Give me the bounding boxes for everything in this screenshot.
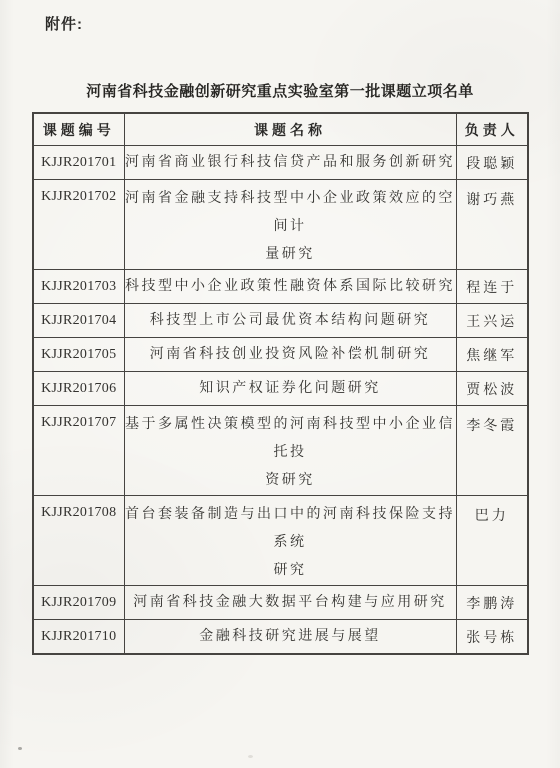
table-header-row: 课题编号 课题名称 负责人 xyxy=(33,113,528,146)
project-code-cell: KJJR201705 xyxy=(33,338,124,372)
project-title-line: 科技型中小企业政策性融资体系国际比较研究 xyxy=(125,273,456,301)
attachment-label: 附件: xyxy=(45,13,83,34)
project-list-table: 课题编号 课题名称 负责人 KJJR201701 河南省商业银行科技信贷产品和服… xyxy=(32,112,529,655)
project-title-cell: 金融科技研究进展与展望 xyxy=(124,620,456,655)
table-row: KJJR201702 河南省金融支持科技型中小企业政策效应的空间计 量研究 谢巧… xyxy=(33,180,528,270)
table-row: KJJR201704 科技型上市公司最优资本结构问题研究 王兴运 xyxy=(33,304,528,338)
project-title-cell: 科技型中小企业政策性融资体系国际比较研究 xyxy=(124,270,456,304)
document-title: 河南省科技金融创新研究重点实验室第一批课题立项名单 xyxy=(0,80,560,101)
project-leader-cell: 焦继军 xyxy=(456,338,528,372)
scanned-document-page: 附件: 河南省科技金融创新研究重点实验室第一批课题立项名单 课题编号 课题名称 … xyxy=(0,0,560,768)
project-leader-cell: 贾松波 xyxy=(456,372,528,406)
table-header: 课题编号 课题名称 负责人 xyxy=(33,113,528,146)
table-row: KJJR201707 基于多属性决策模型的河南科技型中小企业信托投 资研究 李冬… xyxy=(33,406,528,496)
project-title-cell: 河南省科技创业投资风险补偿机制研究 xyxy=(124,338,456,372)
project-title-cell: 基于多属性决策模型的河南科技型中小企业信托投 资研究 xyxy=(124,406,456,496)
project-title-line: 河南省商业银行科技信贷产品和服务创新研究 xyxy=(125,149,456,177)
table-body: KJJR201701 河南省商业银行科技信贷产品和服务创新研究 段聪颖 KJJR… xyxy=(33,146,528,655)
project-title-line: 河南省科技创业投资风险补偿机制研究 xyxy=(125,341,456,369)
scan-smudge xyxy=(248,755,253,758)
project-title-cell: 河南省商业银行科技信贷产品和服务创新研究 xyxy=(124,146,456,180)
project-code-cell: KJJR201708 xyxy=(33,496,124,586)
project-code-cell: KJJR201707 xyxy=(33,406,124,496)
project-title-line: 资研究 xyxy=(125,467,456,495)
project-leader-cell: 谢巧燕 xyxy=(456,180,528,270)
table-row: KJJR201703 科技型中小企业政策性融资体系国际比较研究 程连于 xyxy=(33,270,528,304)
project-code-cell: KJJR201703 xyxy=(33,270,124,304)
table-row: KJJR201709 河南省科技金融大数据平台构建与应用研究 李鹏涛 xyxy=(33,586,528,620)
project-leader-cell: 段聪颖 xyxy=(456,146,528,180)
project-title-line: 金融科技研究进展与展望 xyxy=(125,623,456,651)
project-title-cell: 科技型上市公司最优资本结构问题研究 xyxy=(124,304,456,338)
project-title-cell: 知识产权证券化问题研究 xyxy=(124,372,456,406)
project-title-line: 量研究 xyxy=(125,241,456,269)
project-code-cell: KJJR201704 xyxy=(33,304,124,338)
project-leader-cell: 李冬霞 xyxy=(456,406,528,496)
project-title-line: 河南省科技金融大数据平台构建与应用研究 xyxy=(125,589,456,617)
header-project-code: 课题编号 xyxy=(33,113,124,146)
table-row: KJJR201705 河南省科技创业投资风险补偿机制研究 焦继军 xyxy=(33,338,528,372)
scan-speck xyxy=(18,747,22,750)
project-title-cell: 河南省金融支持科技型中小企业政策效应的空间计 量研究 xyxy=(124,180,456,270)
table-row: KJJR201708 首台套装备制造与出口中的河南科技保险支持系统 研究 巴力 xyxy=(33,496,528,586)
header-project-name: 课题名称 xyxy=(124,113,456,146)
project-title-line: 首台套装备制造与出口中的河南科技保险支持系统 xyxy=(125,501,456,557)
project-leader-cell: 巴力 xyxy=(456,496,528,586)
project-code-cell: KJJR201701 xyxy=(33,146,124,180)
project-leader-cell: 张号栋 xyxy=(456,620,528,655)
project-title-cell: 河南省科技金融大数据平台构建与应用研究 xyxy=(124,586,456,620)
project-title-line: 基于多属性决策模型的河南科技型中小企业信托投 xyxy=(125,411,456,467)
project-title-line: 科技型上市公司最优资本结构问题研究 xyxy=(125,307,456,335)
project-title-cell: 首台套装备制造与出口中的河南科技保险支持系统 研究 xyxy=(124,496,456,586)
project-title-line: 河南省金融支持科技型中小企业政策效应的空间计 xyxy=(125,185,456,241)
project-code-cell: KJJR201702 xyxy=(33,180,124,270)
table-row: KJJR201706 知识产权证券化问题研究 贾松波 xyxy=(33,372,528,406)
table-row: KJJR201710 金融科技研究进展与展望 张号栋 xyxy=(33,620,528,655)
project-code-cell: KJJR201706 xyxy=(33,372,124,406)
project-leader-cell: 王兴运 xyxy=(456,304,528,338)
table-row: KJJR201701 河南省商业银行科技信贷产品和服务创新研究 段聪颖 xyxy=(33,146,528,180)
header-project-leader: 负责人 xyxy=(456,113,528,146)
project-leader-cell: 程连于 xyxy=(456,270,528,304)
project-leader-cell: 李鹏涛 xyxy=(456,586,528,620)
project-code-cell: KJJR201710 xyxy=(33,620,124,655)
project-title-line: 知识产权证券化问题研究 xyxy=(125,375,456,403)
project-code-cell: KJJR201709 xyxy=(33,586,124,620)
project-title-line: 研究 xyxy=(125,557,456,585)
